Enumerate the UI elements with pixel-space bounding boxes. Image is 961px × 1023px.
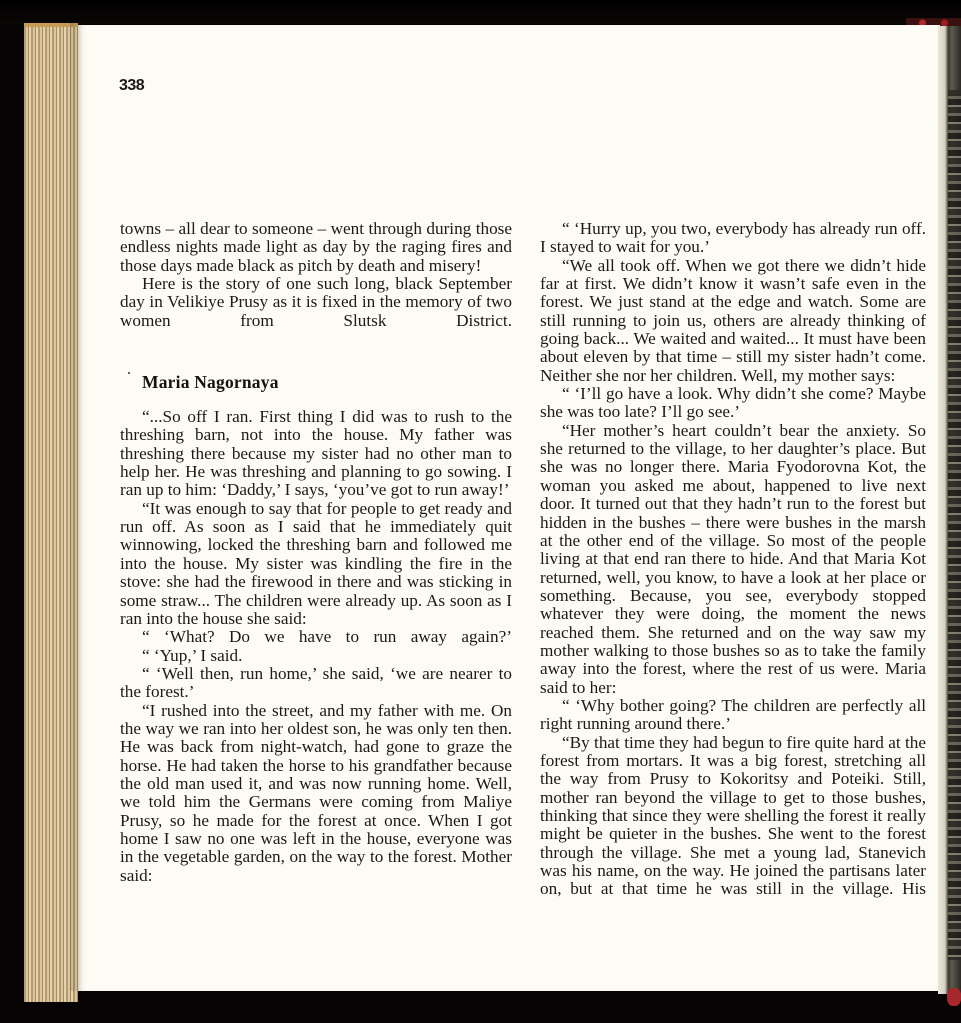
page-number: 338 [119,77,144,95]
book-cover-edge-bottom [947,988,961,1006]
print-speck [128,372,130,374]
facing-page-photo-strip [948,90,961,960]
intro-paragraph: towns – all dear to someone – went throu… [120,220,512,275]
body-paragraph: “ ‘Why bother going? The children are pe… [540,697,926,734]
body-paragraph: “ ‘What? Do we have to run away again?’ [120,628,512,646]
body-paragraph: “We all took off. When we got there we d… [540,257,926,385]
page-gutter-shadow [70,23,80,991]
body-paragraph: “ ‘Hurry up, you two, everybody has alre… [540,220,926,257]
body-paragraph: “It was enough to say that for people to… [120,500,512,628]
body-paragraph: “ ‘Well then, run home,’ she said, ‘we a… [120,665,512,702]
body-paragraph: “...So off I ran. First thing I did was … [120,408,512,500]
intro-paragraph: Here is the story of one such long, blac… [120,275,512,330]
background-top [0,0,961,24]
body-paragraph: “By that time they had begun to fire qui… [540,734,926,899]
left-column: towns – all dear to someone – went throu… [120,220,512,885]
body-paragraph: “ ‘Yup,’ I said. [120,647,512,665]
body-paragraph: “I rushed into the street, and my father… [120,702,512,885]
body-paragraph: “ ‘I’ll go have a look. Why didn’t she c… [540,385,926,422]
section-heading: Maria Nagornaya [142,372,512,392]
body-paragraph: “Her mother’s heart couldn’t bear the an… [540,422,926,697]
right-column: “ ‘Hurry up, you two, everybody has alre… [540,220,926,899]
